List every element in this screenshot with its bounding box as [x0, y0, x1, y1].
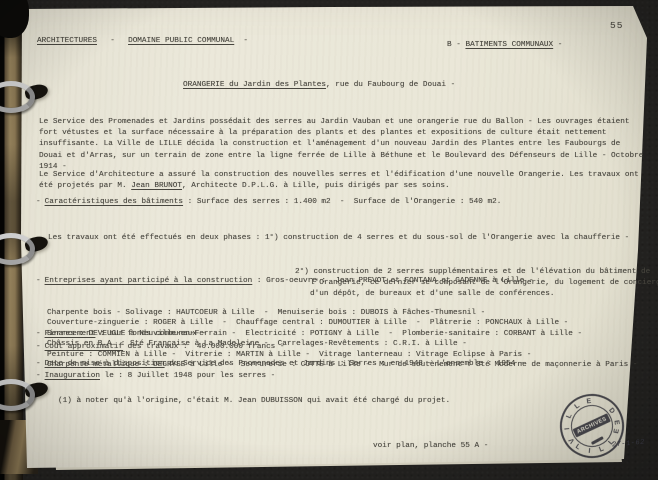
availability-label: Date de mise à disposition	[45, 360, 165, 368]
binder-ring	[0, 232, 54, 260]
cost-label: Coût approximatif	[45, 343, 123, 351]
page-number: 55	[610, 20, 623, 31]
header-left-subsection: DOMAINE PUBLIC COMMUNAL	[128, 37, 234, 45]
list-dash: -	[36, 360, 41, 368]
paragraph-architect-after: , Architecte D.P.L.G. à Lille, puis diri…	[182, 182, 450, 190]
contractors-first-line: -Entreprises ayant participé à la constr…	[36, 276, 646, 287]
document-title-main: ORANGERIE du Jardin des Plantes	[183, 81, 326, 89]
header-left: ARCHITECTURES - DOMAINE PUBLIC COMMUNAL …	[37, 36, 248, 47]
header-right-section: BATIMENTS COMMUNAUX	[465, 41, 553, 49]
document-title: ORANGERIE du Jardin des Plantes, rue du …	[183, 80, 455, 91]
footnote: (1) à noter qu'à l'origine, c'était M. J…	[58, 396, 618, 407]
contractor-line: Couverture-zinguerie : ROGER à Lille - C…	[47, 318, 646, 329]
stamp-letter: I	[563, 424, 572, 433]
financing-line: -Financement : sur fonds communaux -	[36, 329, 206, 340]
stamp-letter: I	[585, 446, 594, 455]
binder-ring	[0, 80, 54, 108]
contractors-label: Entreprises ayant participé à la constru…	[45, 277, 253, 285]
availability-text: du Service des Promenades et Jardins : S…	[165, 360, 525, 368]
list-dash: -	[36, 343, 41, 351]
header-right-prefix: B -	[447, 41, 461, 49]
document-title-rest: , rue du Faubourg de Douai -	[326, 81, 455, 89]
header-dash: -	[243, 37, 248, 45]
list-dash: -	[36, 330, 41, 338]
list-dash: -	[36, 277, 41, 285]
characteristics-label: Caractéristiques des bâtiments	[45, 198, 183, 206]
inauguration-line: -Inauguration le : 8 Juillet 1948 pour l…	[36, 371, 275, 382]
header-right: B - BATIMENTS COMMUNAUX -	[447, 40, 562, 51]
cost-text: des travaux : 40.000.000 francs -	[123, 343, 284, 351]
characteristics-text: : Surface des serres : 1.400 m2 - Surfac…	[183, 198, 501, 206]
see-plan-note: voir plan, planche 55 A -	[373, 441, 488, 452]
header-separator	[115, 37, 124, 45]
contractor-line: Charpente bois - Solivage : HAUTCOEUR à …	[47, 308, 646, 319]
financing-label: Financement	[45, 330, 96, 338]
phases-intro: Les travaux ont été effectués en deux ph…	[48, 233, 644, 244]
binder-ring	[0, 378, 54, 406]
header-dash: -	[558, 41, 563, 49]
cost-line: -Coût approximatif des travaux : 40.000.…	[36, 342, 285, 353]
paragraph-history: Le Service des Promenades et Jardins pos…	[39, 117, 645, 173]
header-left-section: ARCHITECTURES	[37, 37, 97, 45]
characteristics-line: -Caractéristiques des bâtiments : Surfac…	[36, 197, 644, 208]
list-dash: -	[36, 198, 41, 206]
inauguration-text: le : 8 Juillet 1948 pour les serres -	[100, 372, 275, 380]
scanned-archive-page: 55 ARCHITECTURES - DOMAINE PUBLIC COMMUN…	[0, 0, 658, 480]
stamp-letter: E	[612, 426, 621, 435]
architect-name: Jean BRUNOT	[131, 182, 182, 190]
contractors-first-rest: : Gros-oeuvre : Jean PREVOT et FONTANA e…	[252, 277, 533, 285]
financing-text: : sur fonds communaux -	[95, 330, 206, 338]
availability-line: -Date de mise à disposition du Service d…	[36, 359, 524, 370]
header-separator	[97, 37, 106, 45]
paragraph-architect: Le Service d'Architecture a assuré la co…	[39, 170, 645, 192]
stamp-letter: E	[584, 397, 593, 406]
